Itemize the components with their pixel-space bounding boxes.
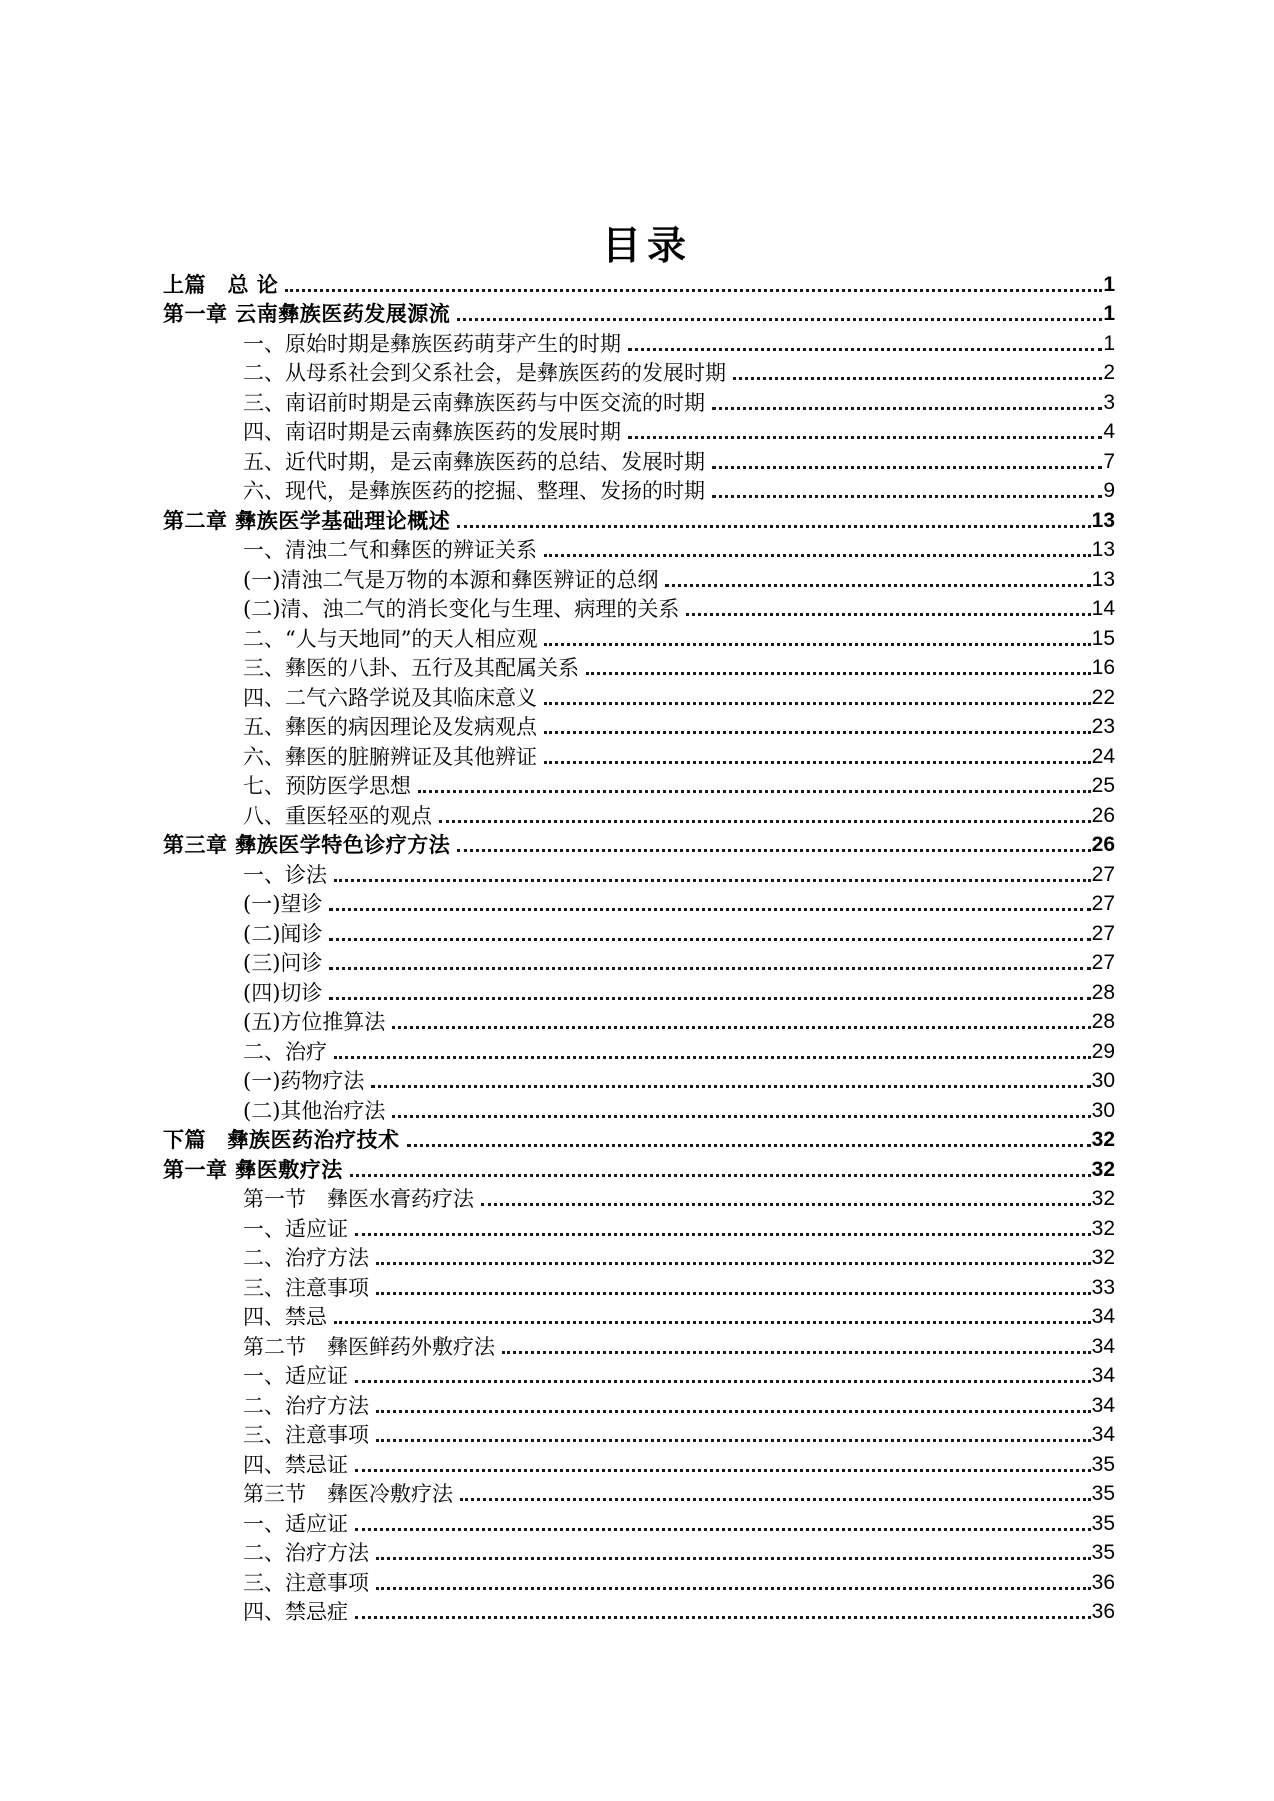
dot-leader (376, 1439, 1091, 1442)
dot-leader (350, 1174, 1091, 1177)
dot-leader (355, 1528, 1091, 1531)
dot-leader (544, 643, 1090, 646)
dot-leader (376, 1292, 1091, 1295)
document-page: 目录 上篇 总 论 1 第一章 云南彝族医药发展源流 1 一、原始时期是彝族医药… (0, 0, 1274, 1801)
toc-entry: 第一节 彝医水膏药疗法 32 (163, 1183, 1115, 1213)
toc-entry: (一)药物疗法 30 (163, 1065, 1115, 1095)
dot-leader (733, 377, 1102, 380)
dot-leader (376, 1410, 1091, 1413)
toc-entry-label: 二、治疗 (243, 1039, 330, 1065)
toc-entry: 四、二气六路学说及其临床意义 22 (163, 681, 1115, 711)
toc-entry-page: 14 (1092, 596, 1115, 622)
dot-leader (334, 1321, 1091, 1324)
toc-entry-label: 第二章 彝族医学基础理论概述 (163, 508, 453, 534)
dot-leader (457, 849, 1090, 852)
toc-entry: 二、治疗方法 35 (163, 1537, 1115, 1567)
toc-entry-label: 三、注意事项 (243, 1422, 372, 1448)
toc-entry: 六、彝医的脏腑辨证及其他辨证 24 (163, 740, 1115, 770)
dot-leader (355, 1233, 1091, 1236)
toc-entry: 二、治疗方法 34 (163, 1389, 1115, 1419)
toc-entry: 上篇 总 论 1 (163, 268, 1115, 298)
dot-leader (544, 702, 1091, 705)
dot-leader (329, 908, 1090, 911)
toc-entry: (三)问诊 27 (163, 947, 1115, 977)
toc-entry-page: 32 (1092, 1127, 1115, 1153)
toc-entry: 五、近代时期，是云南彝族医药的总结、发展时期 7 (163, 445, 1115, 475)
toc-entry-label: 第一章 云南彝族医药发展源流 (163, 301, 453, 327)
toc-entry-page: 13 (1092, 508, 1115, 534)
toc-entry: 第二节 彝医鲜药外敷疗法 34 (163, 1330, 1115, 1360)
dot-leader (628, 436, 1102, 439)
dot-leader (355, 1469, 1091, 1472)
dot-leader (285, 289, 1102, 292)
toc-entry-label: 第一节 彝医水膏药疗法 (243, 1186, 477, 1212)
toc-entry: 二、“人与天地同”的天人相应观 15 (163, 622, 1115, 652)
toc-entry: 八、重医轻巫的观点 26 (163, 799, 1115, 829)
page-title: 目录 (10, 215, 1274, 271)
toc-entry-page: 32 (1092, 1157, 1115, 1183)
dot-leader (418, 790, 1091, 793)
toc-entry-label: (三)问诊 (243, 950, 325, 976)
toc-entry-page: 34 (1092, 1422, 1115, 1448)
toc-entry-page: 4 (1103, 419, 1115, 445)
dot-leader (355, 1380, 1091, 1383)
toc-entry-label: 三、注意事项 (243, 1275, 372, 1301)
toc-list: 上篇 总 论 1 第一章 云南彝族医药发展源流 1 一、原始时期是彝族医药萌芽产… (163, 268, 1115, 1625)
dot-leader (439, 820, 1091, 823)
toc-entry-page: 36 (1092, 1570, 1115, 1596)
toc-entry-page: 26 (1092, 832, 1115, 858)
toc-entry-label: 二、治疗方法 (243, 1393, 372, 1419)
dot-leader (457, 318, 1102, 321)
toc-entry-page: 3 (1103, 390, 1115, 416)
dot-leader (329, 967, 1090, 970)
toc-entry: 二、治疗方法 32 (163, 1242, 1115, 1272)
toc-entry-label: 一、适应证 (243, 1216, 351, 1242)
toc-entry-page: 16 (1092, 655, 1115, 681)
toc-entry-page: 27 (1092, 862, 1115, 888)
dot-leader (544, 761, 1091, 764)
toc-entry: 二、治疗 29 (163, 1035, 1115, 1065)
toc-entry-page: 23 (1092, 714, 1115, 740)
toc-entry-label: 七、预防医学思想 (243, 773, 414, 799)
toc-entry-page: 35 (1092, 1540, 1115, 1566)
toc-entry: 一、适应证 34 (163, 1360, 1115, 1390)
toc-entry: 四、禁忌 34 (163, 1301, 1115, 1331)
toc-entry-label: (五)方位推算法 (243, 1009, 388, 1035)
toc-entry-page: 1 (1103, 272, 1115, 298)
toc-entry-label: 第二节 彝医鲜药外敷疗法 (243, 1334, 498, 1360)
dot-leader (329, 997, 1090, 1000)
toc-entry-page: 32 (1092, 1216, 1115, 1242)
toc-entry: 一、诊法 27 (163, 858, 1115, 888)
dot-leader (392, 1026, 1090, 1029)
toc-entry-page: 35 (1092, 1481, 1115, 1507)
toc-entry: 下篇 彝族医药治疗技术 32 (163, 1124, 1115, 1154)
dot-leader (376, 1587, 1091, 1590)
dot-leader (665, 584, 1090, 587)
toc-entry: 三、注意事项 33 (163, 1271, 1115, 1301)
toc-entry: (二)闻诊 27 (163, 917, 1115, 947)
dot-leader (502, 1351, 1091, 1354)
dot-leader (371, 1085, 1090, 1088)
toc-entry-label: 三、南诏前时期是云南彝族医药与中医交流的时期 (243, 390, 708, 416)
toc-entry-page: 36 (1092, 1599, 1115, 1625)
toc-entry: (四)切诊 28 (163, 976, 1115, 1006)
toc-entry-page: 24 (1092, 744, 1115, 770)
toc-entry: 七、预防医学思想 25 (163, 770, 1115, 800)
toc-entry-label: (四)切诊 (243, 980, 325, 1006)
toc-entry-label: 上篇 总 论 (163, 272, 281, 298)
toc-entry: 第一章 云南彝族医药发展源流 1 (163, 298, 1115, 328)
dot-leader (586, 672, 1091, 675)
dot-leader (334, 1056, 1091, 1059)
toc-entry-page: 34 (1092, 1363, 1115, 1389)
toc-entry-label: 四、禁忌 (243, 1304, 330, 1330)
dot-leader (628, 348, 1102, 351)
toc-entry-page: 22 (1092, 685, 1115, 711)
toc-entry: 四、南诏时期是云南彝族医药的发展时期 4 (163, 416, 1115, 446)
toc-entry-page: 26 (1092, 803, 1115, 829)
toc-entry-label: 一、适应证 (243, 1363, 351, 1389)
toc-entry-label: (一)清浊二气是万物的本源和彝医辨证的总纲 (243, 567, 661, 593)
toc-entry: 一、原始时期是彝族医药萌芽产生的时期 1 (163, 327, 1115, 357)
toc-entry-label: 第三节 彝医冷敷疗法 (243, 1481, 456, 1507)
dot-leader (460, 1498, 1091, 1501)
toc-entry-label: 二、从母系社会到父系社会，是彝族医药的发展时期 (243, 360, 729, 386)
toc-entry-page: 27 (1092, 950, 1115, 976)
dot-leader (392, 1115, 1090, 1118)
toc-entry-page: 35 (1092, 1452, 1115, 1478)
toc-entry-page: 9 (1103, 478, 1115, 504)
toc-entry-page: 15 (1092, 626, 1115, 652)
dot-leader (544, 554, 1091, 557)
toc-entry: 四、禁忌证 35 (163, 1448, 1115, 1478)
toc-entry: 四、禁忌症 36 (163, 1596, 1115, 1626)
toc-entry-label: 四、二气六路学说及其临床意义 (243, 685, 540, 711)
toc-entry-page: 34 (1092, 1304, 1115, 1330)
dot-leader (457, 525, 1090, 528)
toc-entry: (二)清、浊二气的消长变化与生理、病理的关系 14 (163, 593, 1115, 623)
toc-entry-label: 一、原始时期是彝族医药萌芽产生的时期 (243, 331, 624, 357)
toc-entry-label: (二)清、浊二气的消长变化与生理、病理的关系 (243, 596, 682, 622)
toc-entry-page: 13 (1092, 567, 1115, 593)
toc-entry-page: 35 (1092, 1511, 1115, 1537)
toc-entry: (一)望诊 27 (163, 888, 1115, 918)
toc-entry-page: 7 (1103, 449, 1115, 475)
toc-entry-label: (二)其他治疗法 (243, 1098, 388, 1124)
toc-entry-label: (一)药物疗法 (243, 1068, 367, 1094)
toc-entry-label: (二)闻诊 (243, 921, 325, 947)
toc-entry-label: 一、清浊二气和彝医的辨证关系 (243, 537, 540, 563)
toc-entry-page: 13 (1092, 537, 1115, 563)
dot-leader (712, 407, 1102, 410)
toc-entry: 第二章 彝族医学基础理论概述 13 (163, 504, 1115, 534)
toc-entry-label: 五、彝医的病因理论及发病观点 (243, 714, 540, 740)
toc-entry: 第一章 彝医敷疗法 32 (163, 1153, 1115, 1183)
dot-leader (334, 879, 1091, 882)
toc-entry-page: 32 (1092, 1245, 1115, 1271)
toc-entry: (二)其他治疗法 30 (163, 1094, 1115, 1124)
toc-entry: 三、彝医的八卦、五行及其配属关系 16 (163, 652, 1115, 682)
toc-entry-label: (一)望诊 (243, 891, 325, 917)
toc-entry-page: 28 (1092, 980, 1115, 1006)
toc-entry: 第三节 彝医冷敷疗法 35 (163, 1478, 1115, 1508)
toc-entry-label: 二、“人与天地同”的天人相应观 (243, 626, 540, 652)
toc-entry-page: 33 (1092, 1275, 1115, 1301)
toc-entry: 二、从母系社会到父系社会，是彝族医药的发展时期 2 (163, 357, 1115, 387)
toc-entry-label: 四、禁忌症 (243, 1599, 351, 1625)
toc-entry-label: 四、禁忌证 (243, 1452, 351, 1478)
toc-entry-page: 25 (1092, 773, 1115, 799)
toc-entry-page: 1 (1103, 331, 1115, 357)
toc-entry-page: 34 (1092, 1334, 1115, 1360)
toc-entry-page: 28 (1092, 1009, 1115, 1035)
toc-entry-label: 下篇 彝族医药治疗技术 (163, 1127, 403, 1153)
toc-entry-label: 六、彝医的脏腑辨证及其他辨证 (243, 744, 540, 770)
toc-entry-page: 30 (1092, 1068, 1115, 1094)
toc-entry: (五)方位推算法 28 (163, 1006, 1115, 1036)
dot-leader (376, 1557, 1091, 1560)
toc-entry-label: 二、治疗方法 (243, 1245, 372, 1271)
dot-leader (686, 613, 1090, 616)
toc-entry: 一、适应证 32 (163, 1212, 1115, 1242)
dot-leader (376, 1262, 1091, 1265)
toc-entry: 三、南诏前时期是云南彝族医药与中医交流的时期 3 (163, 386, 1115, 416)
dot-leader (407, 1144, 1091, 1147)
toc-entry-page: 30 (1092, 1098, 1115, 1124)
toc-entry: 一、清浊二气和彝医的辨证关系 13 (163, 534, 1115, 564)
toc-entry-page: 34 (1092, 1393, 1115, 1419)
toc-entry-label: 五、近代时期，是云南彝族医药的总结、发展时期 (243, 449, 708, 475)
toc-entry: 三、注意事项 36 (163, 1566, 1115, 1596)
toc-entry: 一、适应证 35 (163, 1507, 1115, 1537)
dot-leader (355, 1616, 1091, 1619)
dot-leader (481, 1203, 1091, 1206)
toc-entry-page: 2 (1103, 360, 1115, 386)
toc-entry-page: 1 (1103, 301, 1115, 327)
toc-entry-label: 八、重医轻巫的观点 (243, 803, 435, 829)
dot-leader (712, 466, 1102, 469)
toc-entry: 第三章 彝族医学特色诊疗方法 26 (163, 829, 1115, 859)
toc-entry-label: 一、诊法 (243, 862, 330, 888)
toc-entry-label: 三、彝医的八卦、五行及其配属关系 (243, 655, 582, 681)
toc-entry-label: 六、现代，是彝族医药的挖掘、整理、发扬的时期 (243, 478, 708, 504)
toc-entry-page: 27 (1092, 891, 1115, 917)
toc-entry: 三、注意事项 34 (163, 1419, 1115, 1449)
toc-entry: 六、现代，是彝族医药的挖掘、整理、发扬的时期 9 (163, 475, 1115, 505)
dot-leader (544, 731, 1091, 734)
toc-entry-label: 第三章 彝族医学特色诊疗方法 (163, 832, 453, 858)
toc-entry-label: 三、注意事项 (243, 1570, 372, 1596)
dot-leader (329, 938, 1090, 941)
toc-entry: 五、彝医的病因理论及发病观点 23 (163, 711, 1115, 741)
toc-entry-label: 第一章 彝医敷疗法 (163, 1157, 346, 1183)
toc-entry-page: 27 (1092, 921, 1115, 947)
toc-entry-label: 一、适应证 (243, 1511, 351, 1537)
toc-entry-label: 四、南诏时期是云南彝族医药的发展时期 (243, 419, 624, 445)
toc-entry-label: 二、治疗方法 (243, 1540, 372, 1566)
toc-entry-page: 32 (1092, 1186, 1115, 1212)
dot-leader (712, 495, 1102, 498)
toc-entry: (一)清浊二气是万物的本源和彝医辨证的总纲 13 (163, 563, 1115, 593)
toc-entry-page: 29 (1092, 1039, 1115, 1065)
